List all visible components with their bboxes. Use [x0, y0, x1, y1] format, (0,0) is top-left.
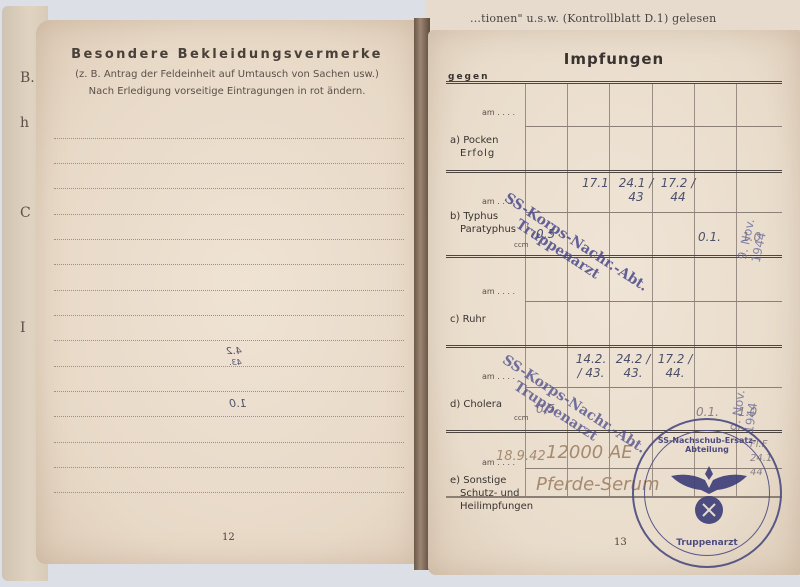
handwritten-dose: 0.1.: [696, 405, 719, 419]
handwritten-date: 18.9.42: [496, 450, 546, 464]
left-page: Besondere Bekleidungsvermerke (z. B. Ant…: [36, 20, 418, 564]
table-top-rule: [446, 81, 782, 84]
row-label: a) Pocken: [450, 134, 498, 147]
section-rule: [446, 345, 782, 348]
underlying-page-text: ...tionen" u.s.w. (Kontrollblatt D.1) ge…: [470, 12, 716, 25]
date-label: am . . . .: [482, 287, 515, 296]
dotted-line: [54, 214, 404, 215]
dotted-line: [54, 138, 404, 139]
table-column-line: [525, 84, 526, 496]
row-sublabel: Heilimpfungen: [450, 500, 533, 513]
page-title: Impfungen: [428, 50, 800, 68]
dotted-line: [54, 391, 404, 392]
dotted-line: [54, 188, 404, 189]
vaccine-label-pocken: a) Pocken Erfolg: [450, 134, 498, 160]
margin-letter: B.: [20, 70, 35, 86]
handwritten-date: 14.2. / 43.: [572, 352, 610, 380]
dotted-line: [54, 442, 404, 443]
dotted-line: [54, 340, 404, 341]
table-column-line: [567, 84, 568, 496]
date-label: am . . . .: [482, 108, 515, 117]
row-label: c) Ruhr: [450, 313, 486, 326]
row-sublabel: Erfolg: [450, 147, 498, 160]
bleed-through-mark: 4.2: [226, 346, 242, 357]
handwritten-date: 17.2 / 44: [660, 176, 696, 204]
handwritten-dose: 0.1.: [698, 230, 721, 244]
dotted-line: [54, 467, 404, 468]
margin-letter: h: [20, 115, 29, 131]
stamp-text: SS-Nachschub-Ersatz-Abteilung: [634, 436, 780, 454]
page-number: 13: [614, 537, 627, 548]
dotted-line: [54, 264, 404, 265]
handwritten-date: 24.1 / 43: [618, 176, 654, 204]
vaccine-label-sonstige: e) Sonstige Schutz- und Heilimpfungen: [450, 474, 533, 513]
vaccine-label-cholera: d) Cholera: [450, 398, 502, 411]
dotted-line: [54, 492, 404, 493]
row-divider: [525, 126, 782, 127]
margin-letter: I: [20, 320, 26, 336]
handwritten-date: 17.1: [582, 176, 609, 190]
subtitle: Nach Erledigung vorseitige Eintragungen …: [36, 86, 418, 97]
page-number: 12: [222, 532, 235, 543]
handwritten-date: 24.2 / 43.: [614, 352, 652, 380]
round-official-stamp: SS-Nachschub-Ersatz-Abteilung Truppenarz…: [632, 418, 782, 568]
dose-label: ccm: [514, 241, 529, 249]
bleed-through-mark: 1.0: [229, 397, 247, 410]
dotted-line: [54, 239, 404, 240]
table-column-line: [652, 84, 653, 496]
dose-label: ccm: [514, 414, 529, 422]
handwritten-date: 17.2 / 44.: [656, 352, 694, 380]
vaccine-label-ruhr: c) Ruhr: [450, 313, 486, 326]
row-sublabel: Schutz- und: [450, 487, 533, 500]
dotted-line: [54, 163, 404, 164]
dotted-line: [54, 315, 404, 316]
section-rule: [446, 170, 782, 173]
subtitle: (z. B. Antrag der Feldeinheit auf Umtaus…: [36, 69, 418, 80]
bleed-through-mark: 43.: [229, 358, 242, 367]
margin-letter: C: [20, 205, 31, 221]
dotted-line: [54, 416, 404, 417]
page-title: Besondere Bekleidungsvermerke: [36, 47, 418, 62]
dotted-line: [54, 290, 404, 291]
row-label: e) Sonstige: [450, 474, 533, 487]
eagle-emblem-icon: [669, 458, 749, 530]
stamp-text: Truppenarzt: [634, 538, 780, 548]
row-divider: [525, 301, 782, 302]
row-label: d) Cholera: [450, 398, 502, 411]
